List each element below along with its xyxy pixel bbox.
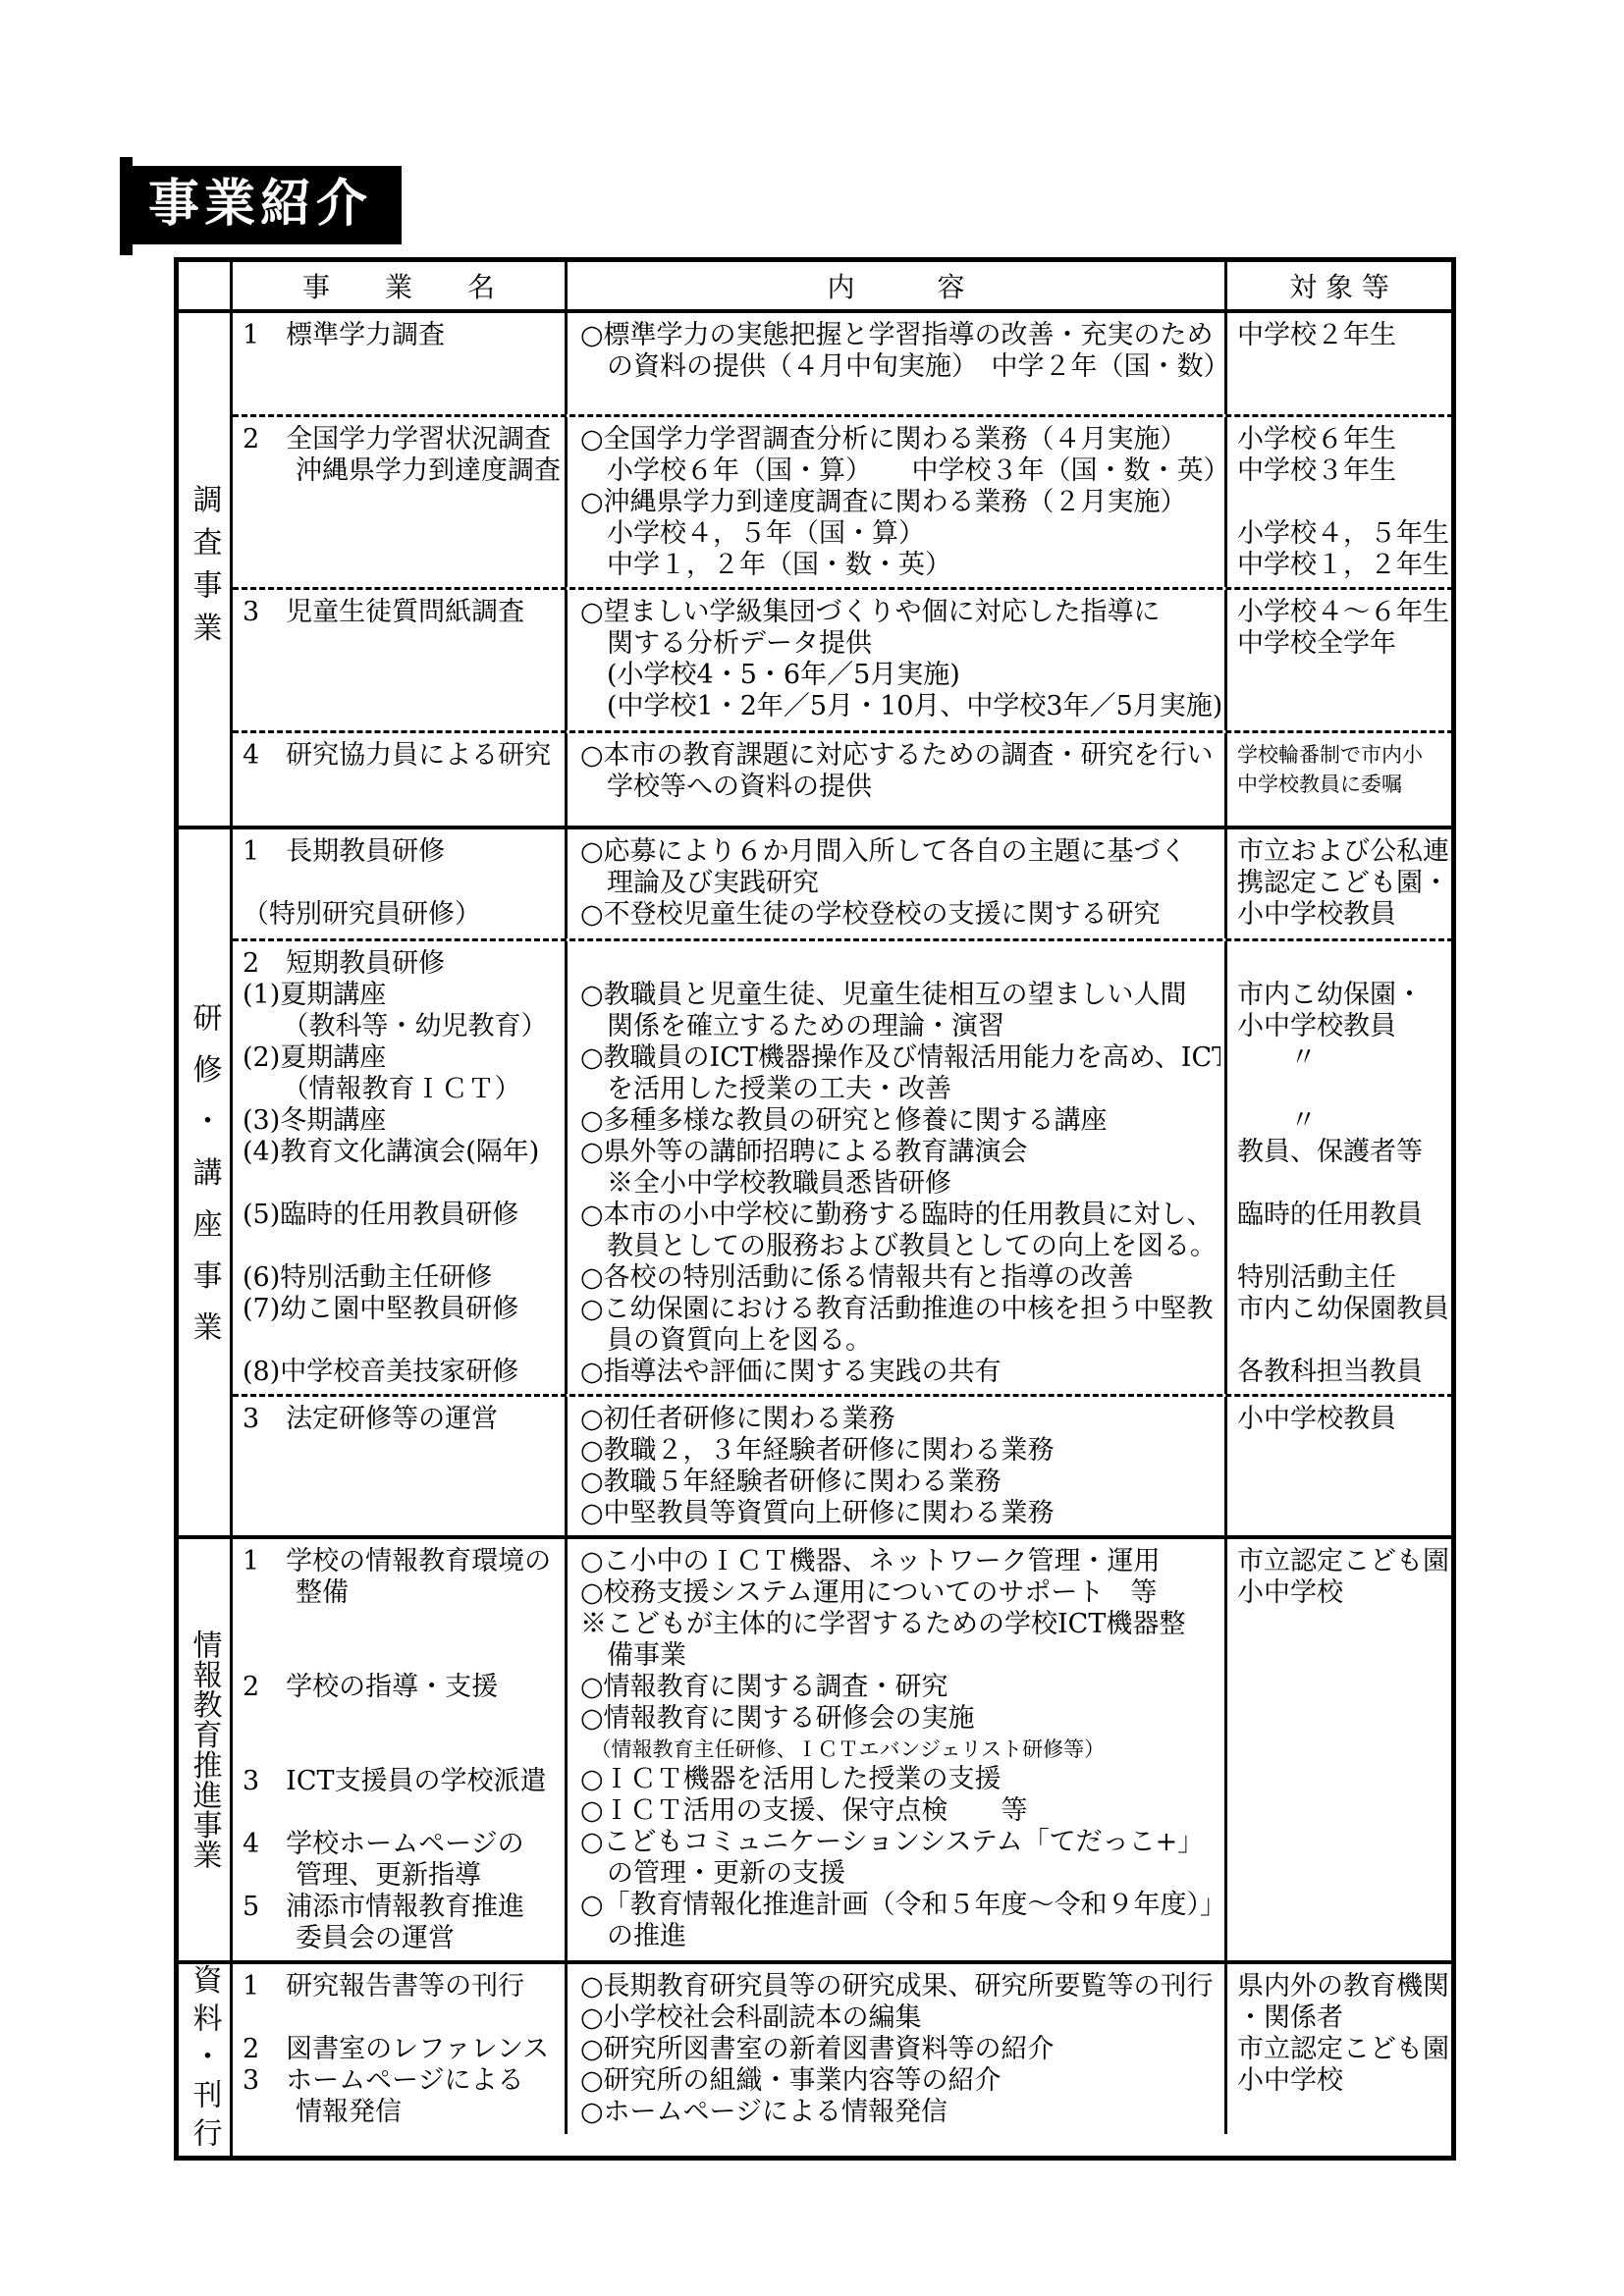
text-line: 委員会の運営: [243, 1923, 561, 1954]
name-cell: 2 全国学力学習状況調査 沖縄県学力到達度調査: [233, 417, 568, 587]
text-line: (5)臨時的任用教員研修: [243, 1200, 561, 1231]
content-cell: ○全国学力学習調査分析に関わる業務（４月実施） 小学校６年（国・算） 中学校３年…: [568, 417, 1227, 587]
target-cell: 市立および公私連携認定こども園・小中学校教員: [1227, 829, 1453, 938]
text-line: 関係を確立するための理論・演習: [580, 1011, 1220, 1042]
table-body: 調査事業1 標準学力調査○標準学力の実態把握と学習指導の改善・充実のため の資料…: [179, 313, 1451, 2156]
text-line: ○こ小中のＩＣＴ機器、ネットワーク管理・運用: [580, 1546, 1220, 1577]
text-line: 特別活動主任: [1237, 1262, 1449, 1294]
category-cell: 研修・講座事業: [179, 829, 233, 1535]
table-header: 事 業 名 内 容 対 象 等: [179, 262, 1451, 313]
text-line: 〃: [1237, 1105, 1449, 1137]
content-cell: ○教職員と児童生徒、児童生徒相互の望ましい人間 関係を確立するための理論・演習○…: [568, 941, 1227, 1394]
text-line: 2 図書室のレファレンス: [243, 2034, 561, 2065]
programs-table: 事 業 名 内 容 対 象 等 調査事業1 標準学力調査○標準学力の実態把握と学…: [174, 257, 1456, 2161]
text-line: 2 短期教員研修: [243, 948, 561, 980]
text-line: 小中学校教員: [1237, 1404, 1449, 1435]
text-line: （教科等・幼児教育）: [243, 1011, 561, 1042]
text-line: （特別研究員研修）: [243, 899, 561, 931]
text-line: 小中学校教員: [1237, 899, 1449, 931]
text-line: [243, 868, 561, 899]
text-line: 整備: [243, 1577, 561, 1609]
text-line: ○こどもコミュニケーションシステム「てだっこ+」: [580, 1827, 1220, 1858]
header-name: 事 業 名: [233, 262, 568, 309]
table-row: 1 長期教員研修（特別研究員研修）○応募により６か月間入所して各自の主題に基づく…: [233, 829, 1453, 941]
text-line: ※全小中学校教職員悉皆研修: [580, 1168, 1220, 1200]
table-row: 2 短期教員研修(1)夏期講座 （教科等・幼児教育）(2)夏期講座 （情報教育Ｉ…: [233, 941, 1453, 1397]
text-line: 関する分析データ提供: [580, 628, 1220, 660]
header-corner-cell: [179, 262, 233, 309]
text-line: ○応募により６か月間入所して各自の主題に基づく: [580, 836, 1220, 868]
text-line: 学校等への資料の提供: [580, 772, 1220, 803]
name-cell: 2 短期教員研修(1)夏期講座 （教科等・幼児教育）(2)夏期講座 （情報教育Ｉ…: [233, 941, 568, 1394]
text-line: （情報教育主任研修、ＩＣＴエバンジェリスト研修等）: [580, 1735, 1220, 1764]
text-line: 市内こ幼保園教員: [1237, 1294, 1449, 1325]
table-section: 情報教育推進事業1 学校の情報教育環境の 整備2 学校の指導・支援3 ICT支援…: [179, 1539, 1451, 1964]
text-line: (7)幼こ園中堅教員研修: [243, 1294, 561, 1325]
header-content: 内 容: [568, 262, 1227, 309]
text-line: 市立認定こども園: [1237, 1546, 1449, 1577]
text-line: [243, 2002, 561, 2034]
text-line: [243, 1640, 561, 1672]
text-line: ○沖縄県学力到達度調査に関わる業務（２月実施）: [580, 487, 1220, 518]
text-line: ○標準学力の実態把握と学習指導の改善・充実のため: [580, 320, 1220, 351]
category-cell: 調査事業: [179, 313, 233, 826]
text-line: ○全国学力学習調査分析に関わる業務（４月実施）: [580, 424, 1220, 455]
text-line: 小学校４～６年生: [1237, 597, 1449, 628]
text-line: 県内外の教育機関: [1237, 1971, 1449, 2002]
target-cell: 小学校４～６年生中学校全学年: [1227, 590, 1453, 730]
table-row: 1 標準学力調査○標準学力の実態把握と学習指導の改善・充実のため の資料の提供（…: [233, 313, 1453, 417]
text-line: (3)冬期講座: [243, 1105, 561, 1137]
text-line: [580, 948, 1220, 980]
text-line: [243, 1168, 561, 1200]
text-line: ○教職員と児童生徒、児童生徒相互の望ましい人間: [580, 980, 1220, 1011]
content-cell: ○長期教育研究員等の研究成果、研究所要覧等の刊行○小学校社会科副読本の編集○研究…: [568, 1964, 1227, 2134]
target-cell: 市内こ幼保園・小中学校教員 〃 〃教員、保護者等臨時的任用教員特別活動主任市内こ…: [1227, 941, 1453, 1394]
text-line: 3 ICT支援員の学校派遣: [243, 1766, 561, 1797]
text-line: ○初任者研修に関わる業務: [580, 1404, 1220, 1435]
text-line: 中学校全学年: [1237, 628, 1449, 660]
text-line: 携認定こども園・: [1237, 868, 1449, 899]
text-line: 理論及び実践研究: [580, 868, 1220, 899]
name-cell: 1 研究報告書等の刊行2 図書室のレファレンス3 ホームページによる 情報発信: [233, 1964, 568, 2134]
target-cell: 県内外の教育機関・関係者市立認定こども園小中学校: [1227, 1964, 1453, 2134]
text-line: [1237, 1074, 1449, 1105]
text-line: 沖縄県学力到達度調査: [243, 455, 561, 487]
text-line: 小学校４，５年生: [1237, 518, 1449, 550]
text-line: (小学校4・5・6年／5月実施): [580, 660, 1220, 691]
target-cell: 中学校２年生: [1227, 313, 1453, 414]
text-line: (2)夏期講座: [243, 1042, 561, 1074]
text-line: 備事業: [580, 1640, 1220, 1672]
table-row: 2 全国学力学習状況調査 沖縄県学力到達度調査○全国学力学習調査分析に関わる業務…: [233, 417, 1453, 590]
text-line: 3 ホームページによる: [243, 2065, 561, 2097]
text-line: [1237, 487, 1449, 518]
category-label: 資料・刊行: [178, 1964, 232, 2156]
category-label: 調査事業: [178, 484, 232, 655]
text-line: [243, 1735, 561, 1766]
text-line: ○中堅教員等資質向上研修に関わる業務: [580, 1498, 1220, 1529]
name-cell: 4 研究協力員による研究: [233, 733, 568, 826]
text-line: ○教職員のICT機器操作及び情報活用能力を高め、ICT: [580, 1042, 1220, 1074]
text-line: [243, 1231, 561, 1262]
text-line: 2 学校の指導・支援: [243, 1672, 561, 1703]
text-line: 臨時的任用教員: [1237, 1200, 1449, 1231]
text-line: 市立認定こども園: [1237, 2034, 1449, 2065]
text-line: ○教職２，３年経験者研修に関わる業務: [580, 1435, 1220, 1467]
text-line: 2 全国学力学習状況調査: [243, 424, 561, 455]
text-line: ○校務支援システム運用についてのサポート 等: [580, 1577, 1220, 1609]
text-line: ○本市の小中学校に勤務する臨時的任用教員に対し、: [580, 1200, 1220, 1231]
category-label: 情報教育推進事業: [178, 1629, 232, 1870]
text-line: 小学校４，５年（国・算）: [580, 518, 1220, 550]
text-line: 管理、更新指導: [243, 1860, 561, 1892]
table-row: 3 児童生徒質問紙調査○望ましい学級集団づくりや個に対応した指導に 関する分析デ…: [233, 590, 1453, 733]
text-line: ○情報教育に関する調査・研究: [580, 1672, 1220, 1703]
name-cell: 1 長期教員研修（特別研究員研修）: [233, 829, 568, 938]
text-line: (中学校1・2年／5月・10月、中学校3年／5月実施): [580, 691, 1220, 722]
section-rows: 1 研究報告書等の刊行2 図書室のレファレンス3 ホームページによる 情報発信○…: [233, 1964, 1453, 2156]
text-line: 小中学校: [1237, 2065, 1449, 2097]
category-label: 研修・講座事業: [178, 1002, 232, 1363]
table-row: 4 研究協力員による研究○本市の教育課題に対応するための調査・研究を行い 学校等…: [233, 733, 1453, 826]
text-line: 教員、保護者等: [1237, 1137, 1449, 1168]
text-line: 4 研究協力員による研究: [243, 740, 561, 772]
text-line: ○「教育情報化推進計画（令和５年度～令和９年度）」: [580, 1890, 1220, 1921]
section-rows: 1 学校の情報教育環境の 整備2 学校の指導・支援3 ICT支援員の学校派遣4 …: [233, 1539, 1453, 1960]
text-line: 情報発信: [243, 2097, 561, 2128]
category-cell: 情報教育推進事業: [179, 1539, 233, 1960]
text-line: [1237, 1168, 1449, 1200]
section-rows: 1 長期教員研修（特別研究員研修）○応募により６か月間入所して各自の主題に基づく…: [233, 829, 1453, 1535]
text-line: ※こどもが主体的に学習するための学校ICT機器整: [580, 1609, 1220, 1640]
text-line: 員の資質向上を図る。: [580, 1325, 1220, 1357]
name-cell: 3 児童生徒質問紙調査: [233, 590, 568, 730]
name-cell: 3 法定研修等の運営: [233, 1397, 568, 1535]
text-line: 5 浦添市情報教育推進: [243, 1892, 561, 1923]
text-line: の管理・更新の支援: [580, 1858, 1220, 1890]
text-line: ○望ましい学級集団づくりや個に対応した指導に: [580, 597, 1220, 628]
text-line: ○こ幼保園における教育活動推進の中核を担う中堅教: [580, 1294, 1220, 1325]
content-cell: ○こ小中のＩＣＴ機器、ネットワーク管理・運用○校務支援システム運用についてのサポ…: [568, 1539, 1227, 1960]
page-title: 事業紹介: [127, 166, 402, 244]
text-line: 1 学校の情報教育環境の: [243, 1546, 561, 1577]
text-line: ○各校の特別活動に係る情報共有と指導の改善: [580, 1262, 1220, 1294]
target-cell: 小学校６年生中学校３年生小学校４，５年生中学校１，２年生: [1227, 417, 1453, 587]
text-line: ○小学校社会科副読本の編集: [580, 2002, 1220, 2034]
table-section: 研修・講座事業1 長期教員研修（特別研究員研修）○応募により６か月間入所して各自…: [179, 829, 1451, 1539]
text-line: ○長期教育研究員等の研究成果、研究所要覧等の刊行: [580, 1971, 1220, 2002]
text-line: 3 法定研修等の運営: [243, 1404, 561, 1435]
text-line: 小学校６年生: [1237, 424, 1449, 455]
text-line: ○研究所の組織・事業内容等の紹介: [580, 2065, 1220, 2097]
text-line: (8)中学校音美技家研修: [243, 1357, 561, 1388]
table-row: 1 学校の情報教育環境の 整備2 学校の指導・支援3 ICT支援員の学校派遣4 …: [233, 1539, 1453, 1960]
target-cell: 小中学校教員: [1227, 1397, 1453, 1535]
text-line: を活用した授業の工夫・改善: [580, 1074, 1220, 1105]
text-line: 教員としての服務および教員としての向上を図る。: [580, 1231, 1220, 1262]
text-line: [1237, 1325, 1449, 1357]
text-line: ○情報教育に関する研修会の実施: [580, 1703, 1220, 1735]
text-line: 小中学校教員: [1237, 1011, 1449, 1042]
target-cell: 学校輪番制で市内小中学校教員に委嘱: [1227, 733, 1453, 826]
target-cell: 市立認定こども園小中学校: [1227, 1539, 1453, 1960]
table-row: 1 研究報告書等の刊行2 図書室のレファレンス3 ホームページによる 情報発信○…: [233, 1964, 1453, 2134]
text-line: 1 研究報告書等の刊行: [243, 1971, 561, 2002]
text-line: 小中学校: [1237, 1577, 1449, 1609]
text-line: 中学１，２年（国・数・英）: [580, 550, 1220, 581]
text-line: (6)特別活動主任研修: [243, 1262, 561, 1294]
document-page: { "title": "事業紹介", "table": { "header": …: [0, 0, 1624, 2296]
text-line: 中学校２年生: [1237, 320, 1449, 351]
text-line: [243, 1325, 561, 1357]
content-cell: ○望ましい学級集団づくりや個に対応した指導に 関する分析データ提供 (小学校4・…: [568, 590, 1227, 730]
content-cell: ○応募により６か月間入所して各自の主題に基づく 理論及び実践研究○不登校児童生徒…: [568, 829, 1227, 938]
header-target: 対 象 等: [1227, 262, 1451, 309]
section-rows: 1 標準学力調査○標準学力の実態把握と学習指導の改善・充実のため の資料の提供（…: [233, 313, 1453, 826]
text-line: ・関係者: [1237, 2002, 1449, 2034]
text-line: [243, 1703, 561, 1735]
text-line: ○ホームページによる情報発信: [580, 2097, 1220, 2128]
text-line: 各教科担当教員: [1237, 1357, 1449, 1388]
text-line: 〃: [1237, 1042, 1449, 1074]
category-cell: 資料・刊行: [179, 1964, 233, 2156]
text-line: ○本市の教育課題に対応するための調査・研究を行い: [580, 740, 1220, 772]
text-line: 3 児童生徒質問紙調査: [243, 597, 561, 628]
text-line: ○ＩＣＴ活用の支援、保守点検 等: [580, 1795, 1220, 1827]
text-line: 4 学校ホームページの: [243, 1829, 561, 1860]
text-line: ○研究所図書室の新着図書資料等の紹介: [580, 2034, 1220, 2065]
text-line: 1 長期教員研修: [243, 836, 561, 868]
text-line: ○指導法や評価に関する実践の共有: [580, 1357, 1220, 1388]
table-section: 調査事業1 標準学力調査○標準学力の実態把握と学習指導の改善・充実のため の資料…: [179, 313, 1451, 829]
text-line: ○ＩＣＴ機器を活用した授業の支援: [580, 1764, 1220, 1795]
text-line: 1 標準学力調査: [243, 320, 561, 351]
text-line: 市内こ幼保園・: [1237, 980, 1449, 1011]
content-cell: ○本市の教育課題に対応するための調査・研究を行い 学校等への資料の提供: [568, 733, 1227, 826]
content-cell: ○初任者研修に関わる業務○教職２，３年経験者研修に関わる業務○教職５年経験者研修…: [568, 1397, 1227, 1535]
content-cell: ○標準学力の実態把握と学習指導の改善・充実のため の資料の提供（４月中旬実施） …: [568, 313, 1227, 414]
text-line: の資料の提供（４月中旬実施） 中学２年（国・数）: [580, 351, 1220, 383]
name-cell: 1 標準学力調査: [233, 313, 568, 414]
text-line: (4)教育文化講演会(隔年): [243, 1137, 561, 1168]
text-line: 小学校６年（国・算） 中学校３年（国・数・英）: [580, 455, 1220, 487]
text-line: [243, 1797, 561, 1829]
text-line: 中学校３年生: [1237, 455, 1449, 487]
text-line: [243, 1609, 561, 1640]
text-line: ○不登校児童生徒の学校登校の支援に関する研究: [580, 899, 1220, 931]
table-section: 資料・刊行1 研究報告書等の刊行2 図書室のレファレンス3 ホームページによる …: [179, 1964, 1451, 2156]
table-row: 3 法定研修等の運営○初任者研修に関わる業務○教職２，３年経験者研修に関わる業務…: [233, 1397, 1453, 1535]
text-line: （情報教育ＩＣＴ）: [243, 1074, 561, 1105]
text-line: ○県外等の講師招聘による教育講演会: [580, 1137, 1220, 1168]
text-line: [1237, 948, 1449, 980]
text-line: [1237, 1231, 1449, 1262]
text-line: 中学校１，２年生: [1237, 550, 1449, 581]
name-cell: 1 学校の情報教育環境の 整備2 学校の指導・支援3 ICT支援員の学校派遣4 …: [233, 1539, 568, 1960]
text-line: ○教職５年経験者研修に関わる業務: [580, 1467, 1220, 1498]
text-line: ○多種多様な教員の研究と修養に関する講座: [580, 1105, 1220, 1137]
text-line: 市立および公私連: [1237, 836, 1449, 868]
text-line: 学校輪番制で市内小: [1237, 740, 1449, 770]
text-line: 中学校教員に委嘱: [1237, 770, 1449, 799]
text-line: (1)夏期講座: [243, 980, 561, 1011]
text-line: の推進: [580, 1921, 1220, 1952]
